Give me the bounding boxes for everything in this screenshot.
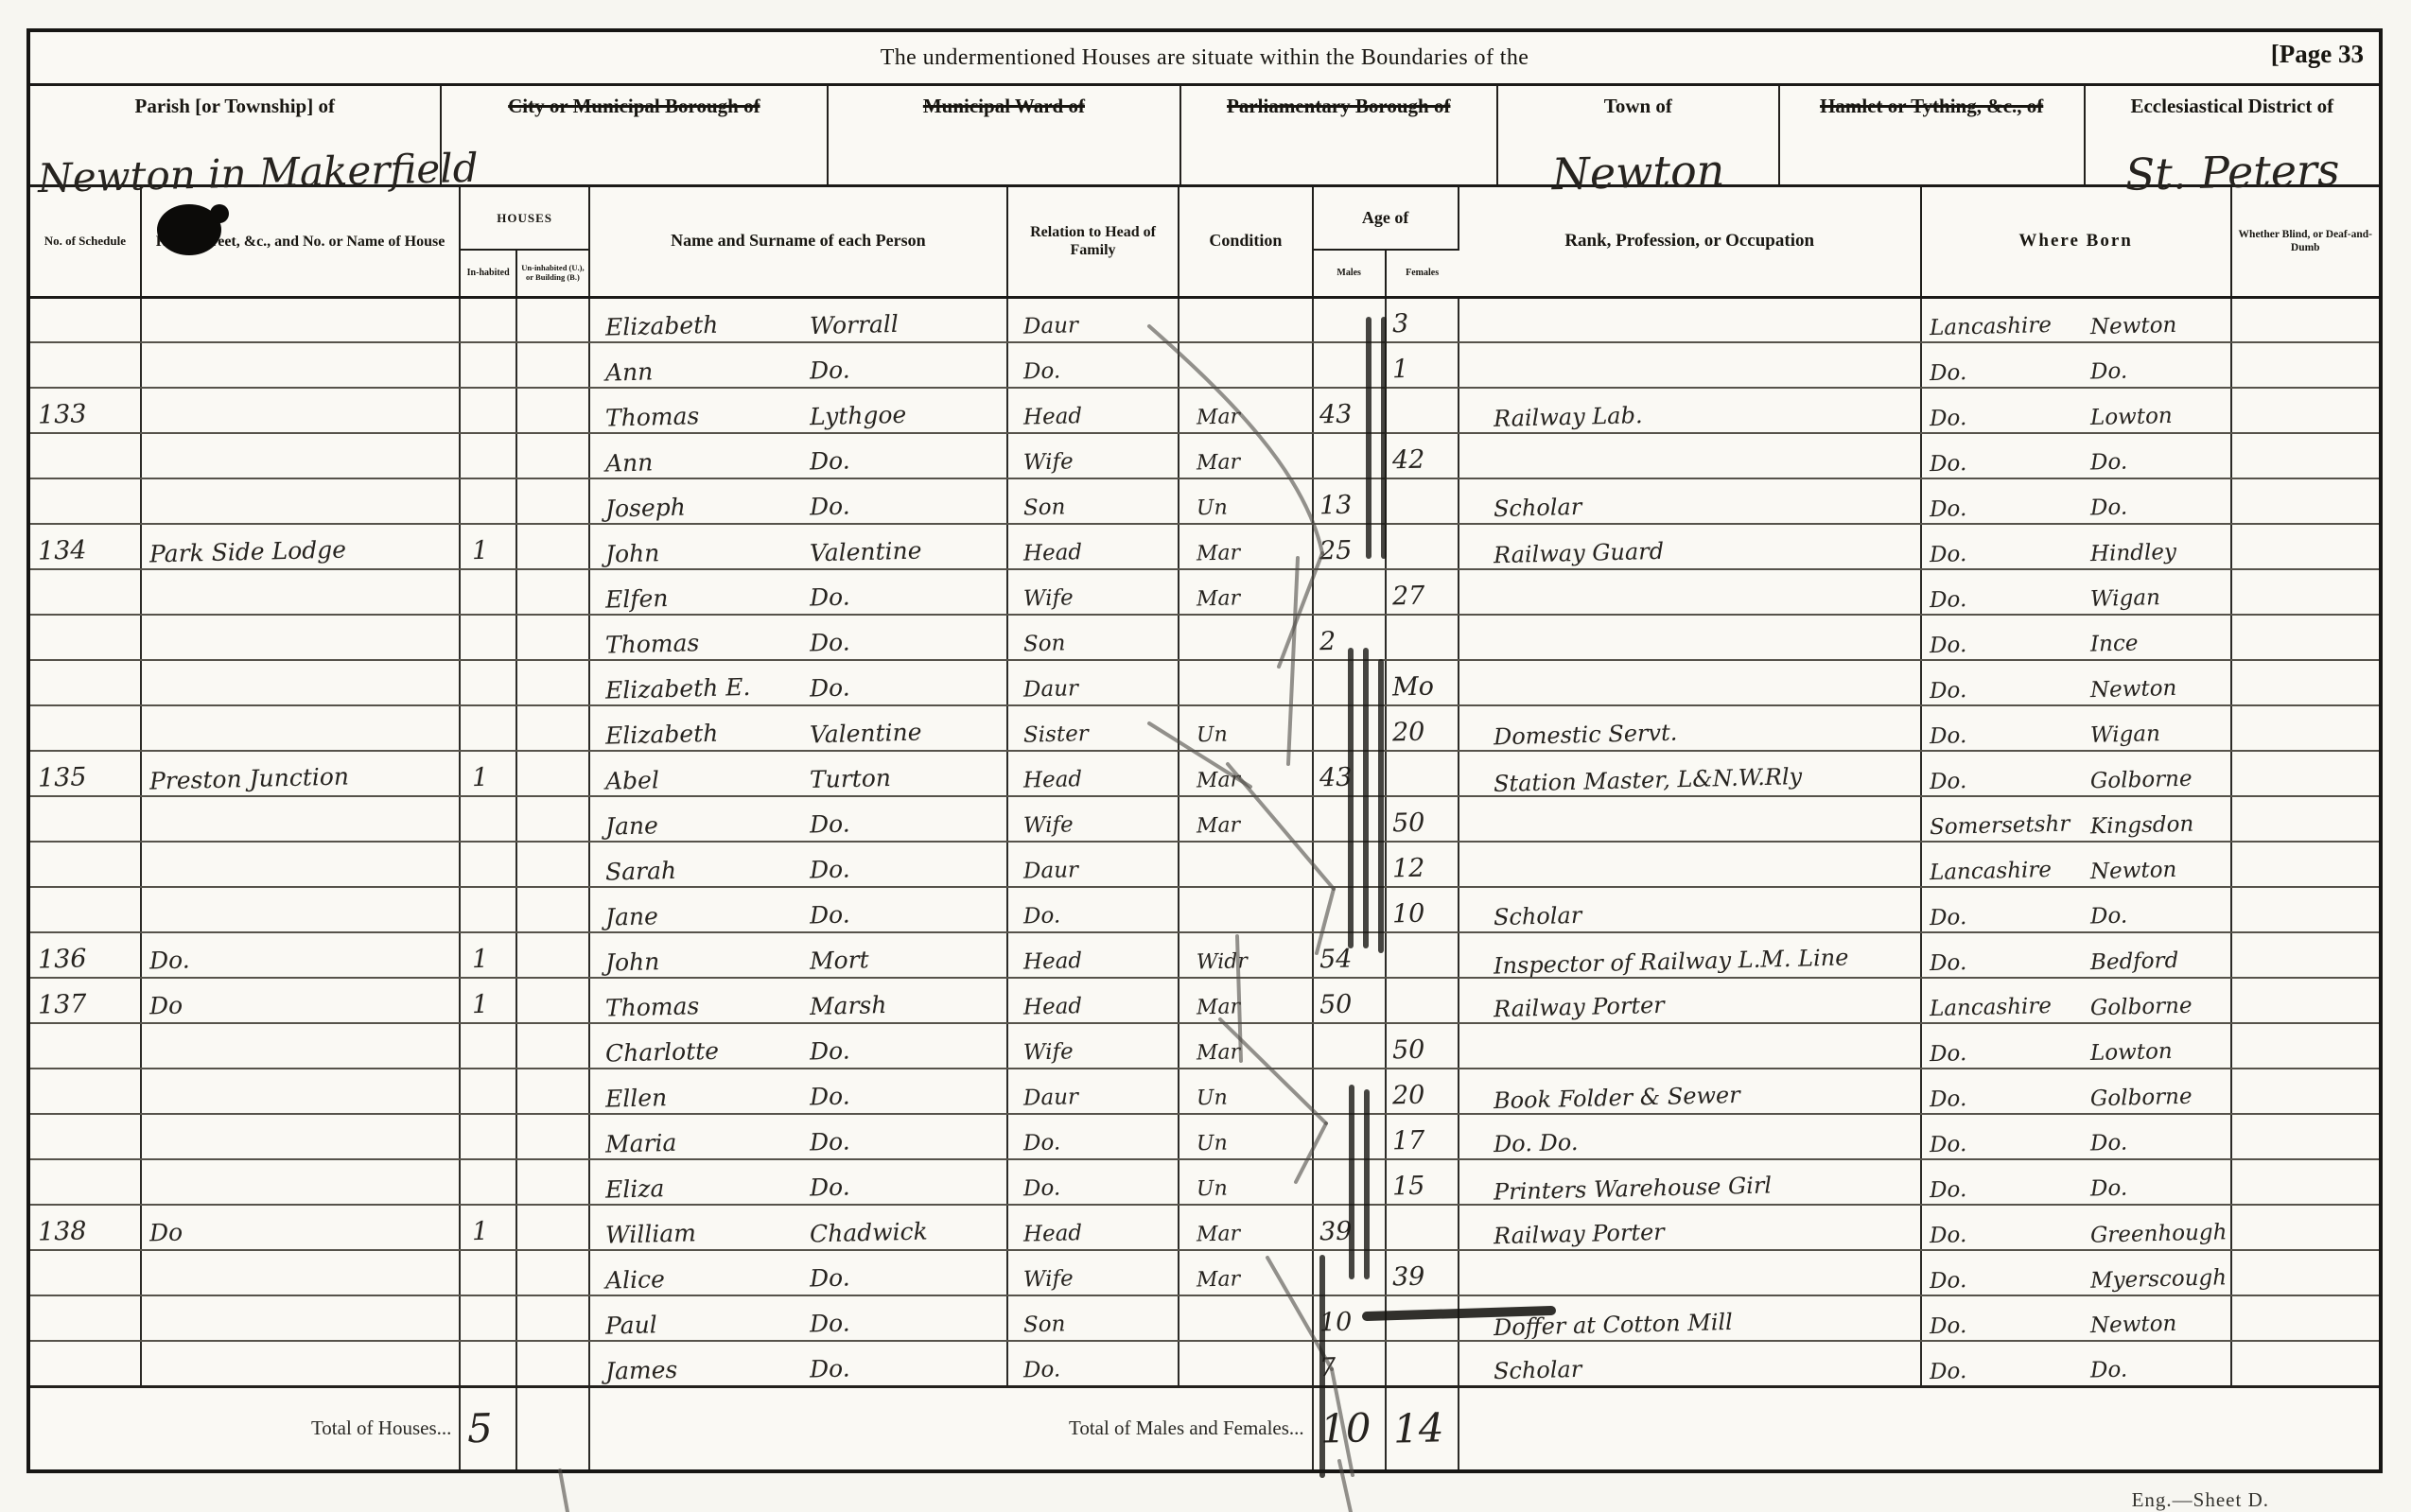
house-cell	[141, 705, 461, 751]
age-female-cell: 50	[1386, 1023, 1459, 1069]
house-cell	[141, 1069, 461, 1114]
table-row: AliceDo. Wife Mar 39 Do.Myerscough	[30, 1250, 2379, 1295]
age-male-cell: 7	[1313, 1341, 1386, 1386]
census-rows: ElizabethWorrall Daur 3 LancashireNewton…	[30, 297, 2379, 1386]
infirmity-cell	[2231, 615, 2379, 660]
relation-cell: Son	[1007, 1295, 1179, 1341]
house-cell	[141, 887, 461, 932]
census-scan-page: The undermentioned Houses are situate wi…	[0, 0, 2411, 1512]
born-cell: Do.Golborne	[1921, 1069, 2231, 1114]
uninhabited-cell	[516, 478, 589, 524]
age-female-cell	[1386, 932, 1459, 978]
age-female-cell	[1386, 524, 1459, 569]
condition-cell: Mar	[1179, 751, 1313, 796]
age-male-cell	[1313, 297, 1386, 342]
hamlet-field: Hamlet or Tything, &c., of	[1780, 86, 2086, 184]
uninhabited-cell	[516, 388, 589, 433]
inhabited-cell	[460, 388, 516, 433]
town-value: Newton	[1497, 147, 1778, 197]
relation-cell: Wife	[1007, 433, 1179, 478]
occupation-cell: Do. Do.	[1459, 1114, 1921, 1159]
table-row: MariaDo. Do. Un 17 Do. Do. Do.Do.	[30, 1114, 2379, 1159]
age-female-cell	[1386, 751, 1459, 796]
name-cell: SarahDo.	[589, 842, 1007, 887]
house-cell: Park Side Lodge	[141, 524, 461, 569]
census-table: No. of Schedule Road, Street, &c., and N…	[30, 187, 2379, 1469]
parish-value: Newton in Makerfield	[30, 149, 440, 200]
schedule-cell: 136	[30, 932, 141, 978]
age-male-cell: 13	[1313, 478, 1386, 524]
condition-cell	[1179, 1341, 1313, 1386]
uninhabited-cell	[516, 433, 589, 478]
relation-cell: Wife	[1007, 569, 1179, 615]
age-male-cell	[1313, 342, 1386, 388]
infirmity-cell	[2231, 660, 2379, 705]
house-cell	[141, 297, 461, 342]
totals-spacer	[516, 1386, 589, 1469]
schedule-cell	[30, 297, 141, 342]
age-male-cell: 10	[1313, 1295, 1386, 1341]
uninhabited-cell	[516, 1114, 589, 1159]
parish-field: Parish [or Township] of Newton in Makerf…	[30, 86, 442, 184]
name-cell: MariaDo.	[589, 1114, 1007, 1159]
infirmity-cell	[2231, 978, 2379, 1023]
condition-cell: Mar	[1179, 978, 1313, 1023]
name-cell: JaneDo.	[589, 887, 1007, 932]
schedule-cell	[30, 615, 141, 660]
totals-empty	[1459, 1386, 2379, 1469]
born-cell: Do.Do.	[1921, 1341, 2231, 1386]
born-cell: Do.Do.	[1921, 1114, 2231, 1159]
inhabited-cell	[460, 1295, 516, 1341]
relation-cell: Daur	[1007, 297, 1179, 342]
relation-cell: Do.	[1007, 1159, 1179, 1205]
age-male-cell	[1313, 1159, 1386, 1205]
schedule-column-header: No. of Schedule	[30, 187, 141, 297]
table-row: JamesDo. Do. 7 Scholar Do.Do.	[30, 1341, 2379, 1386]
schedule-cell	[30, 342, 141, 388]
occupation-cell	[1459, 615, 1921, 660]
house-cell	[141, 1023, 461, 1069]
infirmity-cell	[2231, 932, 2379, 978]
uninhabited-cell	[516, 1159, 589, 1205]
age-female-cell: Mo	[1386, 660, 1459, 705]
table-row: 133 ThomasLythgoe Head Mar 43 Railway La…	[30, 388, 2379, 433]
table-row: ElfenDo. Wife Mar 27 Do.Wigan	[30, 569, 2379, 615]
age-female-cell	[1386, 1341, 1459, 1386]
born-cell: Do.Ince	[1921, 615, 2231, 660]
house-cell: Preston Junction	[141, 751, 461, 796]
name-cell: ElizabethValentine	[589, 705, 1007, 751]
inhabited-cell: 1	[460, 524, 516, 569]
inhabited-cell	[460, 1023, 516, 1069]
uninhabited-cell	[516, 342, 589, 388]
uninhabited-cell	[516, 887, 589, 932]
uninhabited-cell	[516, 842, 589, 887]
name-cell: ElizaDo.	[589, 1159, 1007, 1205]
name-cell: ElfenDo.	[589, 569, 1007, 615]
condition-cell	[1179, 1295, 1313, 1341]
condition-cell: Mar	[1179, 796, 1313, 842]
parliamentary-label: Parliamentary Borough of	[1217, 95, 1459, 118]
schedule-cell	[30, 1114, 141, 1159]
age-male-cell: 50	[1313, 978, 1386, 1023]
infirmity-cell	[2231, 297, 2379, 342]
inhabited-cell	[460, 297, 516, 342]
inhabited-cell	[460, 842, 516, 887]
house-cell	[141, 478, 461, 524]
condition-cell: Widr	[1179, 932, 1313, 978]
name-cell: WilliamChadwick	[589, 1205, 1007, 1250]
infirmity-column-header: Whether Blind, or Deaf-and-Dumb	[2231, 187, 2379, 297]
infirmity-cell	[2231, 1205, 2379, 1250]
schedule-cell	[30, 887, 141, 932]
age-female-cell: 50	[1386, 796, 1459, 842]
name-column-header: Name and Surname of each Person	[589, 187, 1007, 297]
inhabited-cell	[460, 887, 516, 932]
house-cell	[141, 342, 461, 388]
born-cell: Do.Wigan	[1921, 569, 2231, 615]
infirmity-cell	[2231, 1023, 2379, 1069]
born-cell: Do.Bedford	[1921, 932, 2231, 978]
condition-cell: Un	[1179, 1114, 1313, 1159]
inhabited-cell	[460, 342, 516, 388]
born-cell: Do.Do.	[1921, 433, 2231, 478]
inhabited-column-header: In-habited	[460, 250, 516, 297]
occupation-cell: Railway Lab.	[1459, 388, 1921, 433]
inhabited-cell	[460, 1250, 516, 1295]
born-cell: LancashireNewton	[1921, 842, 2231, 887]
age-group-header: Age of	[1313, 187, 1459, 250]
table-row: 137 Do 1 ThomasMarsh Head Mar 50 Railway…	[30, 978, 2379, 1023]
condition-cell: Un	[1179, 1159, 1313, 1205]
condition-cell	[1179, 660, 1313, 705]
occupation-cell: Railway Porter	[1459, 1205, 1921, 1250]
schedule-cell	[30, 1159, 141, 1205]
house-cell	[141, 1341, 461, 1386]
schedule-cell	[30, 705, 141, 751]
name-cell: JaneDo.	[589, 796, 1007, 842]
females-column-header: Females	[1386, 250, 1459, 297]
inhabited-cell	[460, 660, 516, 705]
relation-cell: Wife	[1007, 1250, 1179, 1295]
infirmity-cell	[2231, 569, 2379, 615]
relation-cell: Son	[1007, 478, 1179, 524]
title-band: The undermentioned Houses are situate wi…	[30, 32, 2379, 86]
town-label: Town of	[1595, 95, 1682, 118]
occupation-cell	[1459, 842, 1921, 887]
age-female-cell: 17	[1386, 1114, 1459, 1159]
infirmity-cell	[2231, 887, 2379, 932]
name-cell: ThomasLythgoe	[589, 388, 1007, 433]
house-cell: Do.	[141, 932, 461, 978]
schedule-cell	[30, 1250, 141, 1295]
occupation-cell	[1459, 433, 1921, 478]
age-male-cell	[1313, 1069, 1386, 1114]
relation-cell: Head	[1007, 388, 1179, 433]
occupation-cell	[1459, 297, 1921, 342]
name-cell: CharlotteDo.	[589, 1023, 1007, 1069]
table-row: ElizabethValentine Sister Un 20 Domestic…	[30, 705, 2379, 751]
age-female-cell: 39	[1386, 1250, 1459, 1295]
schedule-cell	[30, 433, 141, 478]
born-cell: Do.Golborne	[1921, 751, 2231, 796]
borough-field: City or Municipal Borough of	[442, 86, 830, 184]
occupation-cell	[1459, 660, 1921, 705]
name-cell: AnnDo.	[589, 433, 1007, 478]
condition-cell	[1179, 297, 1313, 342]
schedule-cell: 133	[30, 388, 141, 433]
table-row: JaneDo. Do. 10 Scholar Do.Do.	[30, 887, 2379, 932]
age-male-cell	[1313, 660, 1386, 705]
house-cell: Do	[141, 1205, 461, 1250]
age-female-cell: 27	[1386, 569, 1459, 615]
infirmity-cell	[2231, 524, 2379, 569]
occupation-cell: Printers Warehouse Girl	[1459, 1159, 1921, 1205]
uninhabited-column-header: Un-inhabited (U.), or Building (B.)	[516, 250, 589, 297]
born-cell: Do.Hindley	[1921, 524, 2231, 569]
relation-cell: Head	[1007, 1205, 1179, 1250]
age-female-cell	[1386, 1295, 1459, 1341]
condition-cell: Mar	[1179, 1205, 1313, 1250]
table-row: AnnDo. Wife Mar 42 Do.Do.	[30, 433, 2379, 478]
house-cell	[141, 615, 461, 660]
relation-column-header: Relation to Head of Family	[1007, 187, 1179, 297]
table-row: JaneDo. Wife Mar 50 SomersetshrKingsdon	[30, 796, 2379, 842]
table-row: EllenDo. Daur Un 20 Book Folder & Sewer …	[30, 1069, 2379, 1114]
born-cell: Do.Wigan	[1921, 705, 2231, 751]
table-row: 136 Do. 1 JohnMort Head Widr 54 Inspecto…	[30, 932, 2379, 978]
totals-band: Total of Houses... 5 Total of Males and …	[30, 1386, 2379, 1469]
ecclesiastical-label: Ecclesiastical District of	[2121, 95, 2343, 118]
schedule-cell: 135	[30, 751, 141, 796]
relation-cell: Daur	[1007, 842, 1179, 887]
age-female-cell: 42	[1386, 433, 1459, 478]
name-cell: JohnValentine	[589, 524, 1007, 569]
table-row: 135 Preston Junction 1 AbelTurton Head M…	[30, 751, 2379, 796]
house-cell	[141, 1114, 461, 1159]
inhabited-cell	[460, 1069, 516, 1114]
table-row: Elizabeth E.Do. Daur Mo Do.Newton	[30, 660, 2379, 705]
condition-cell	[1179, 342, 1313, 388]
condition-cell: Un	[1179, 1069, 1313, 1114]
schedule-cell	[30, 842, 141, 887]
condition-cell: Mar	[1179, 569, 1313, 615]
occupation-cell	[1459, 1023, 1921, 1069]
age-female-cell	[1386, 1205, 1459, 1250]
born-cell: Do.Do.	[1921, 1159, 2231, 1205]
occupation-cell	[1459, 342, 1921, 388]
name-cell: JosephDo.	[589, 478, 1007, 524]
location-header: Parish [or Township] of Newton in Makerf…	[30, 86, 2379, 187]
infirmity-cell	[2231, 1250, 2379, 1295]
houses-group-header: HOUSES	[460, 187, 589, 250]
sheet-footer: Eng.—Sheet D.	[2132, 1488, 2269, 1512]
relation-cell: Sister	[1007, 705, 1179, 751]
uninhabited-cell	[516, 796, 589, 842]
age-male-cell	[1313, 842, 1386, 887]
uninhabited-cell	[516, 1205, 589, 1250]
ecclesiastical-field: Ecclesiastical District of St. Peters	[2086, 86, 2379, 184]
age-female-cell: 1	[1386, 342, 1459, 388]
age-male-cell	[1313, 887, 1386, 932]
relation-cell: Do.	[1007, 1341, 1179, 1386]
occupation-cell	[1459, 1250, 1921, 1295]
relation-cell: Do.	[1007, 1114, 1179, 1159]
name-cell: AnnDo.	[589, 342, 1007, 388]
page-number: [Page 33	[2271, 40, 2364, 69]
born-cell: Do.Do.	[1921, 342, 2231, 388]
ward-field: Municipal Ward of	[829, 86, 1180, 184]
total-houses-value: 5	[460, 1386, 516, 1469]
house-cell	[141, 660, 461, 705]
relation-cell: Wife	[1007, 796, 1179, 842]
born-cell: Do.Newton	[1921, 1295, 2231, 1341]
age-female-cell: 12	[1386, 842, 1459, 887]
house-cell	[141, 388, 461, 433]
infirmity-cell	[2231, 1159, 2379, 1205]
occupation-cell: Doffer at Cotton Mill	[1459, 1295, 1921, 1341]
table-row: ElizabethWorrall Daur 3 LancashireNewton	[30, 297, 2379, 342]
name-cell: ElizabethWorrall	[589, 297, 1007, 342]
column-headers: No. of Schedule Road, Street, &c., and N…	[30, 187, 2379, 297]
age-female-cell: 3	[1386, 297, 1459, 342]
condition-cell: Mar	[1179, 1250, 1313, 1295]
uninhabited-cell	[516, 1069, 589, 1114]
born-cell: Do.Do.	[1921, 887, 2231, 932]
infirmity-cell	[2231, 751, 2379, 796]
born-cell: Do.Newton	[1921, 660, 2231, 705]
table-row: ThomasDo. Son 2 Do.Ince	[30, 615, 2379, 660]
house-column-header: Road, Street, &c., and No. or Name of Ho…	[141, 187, 461, 297]
age-female-cell	[1386, 978, 1459, 1023]
relation-cell: Do.	[1007, 887, 1179, 932]
infirmity-cell	[2231, 842, 2379, 887]
age-male-cell: 54	[1313, 932, 1386, 978]
house-cell	[141, 433, 461, 478]
infirmity-cell	[2231, 796, 2379, 842]
name-cell: Elizabeth E.Do.	[589, 660, 1007, 705]
totals-row: Total of Houses... 5 Total of Males and …	[30, 1386, 2379, 1469]
occupation-cell	[1459, 569, 1921, 615]
age-male-cell	[1313, 1250, 1386, 1295]
inhabited-cell	[460, 1341, 516, 1386]
total-females-value: 14	[1386, 1386, 1459, 1469]
uninhabited-cell	[516, 1250, 589, 1295]
house-cell: Do	[141, 978, 461, 1023]
age-male-cell	[1313, 1114, 1386, 1159]
born-cell: Do.Greenhough	[1921, 1205, 2231, 1250]
schedule-cell	[30, 569, 141, 615]
name-cell: ThomasDo.	[589, 615, 1007, 660]
uninhabited-cell	[516, 297, 589, 342]
house-cell	[141, 1250, 461, 1295]
inhabited-cell	[460, 478, 516, 524]
born-cell: Do.Do.	[1921, 478, 2231, 524]
age-male-cell: 39	[1313, 1205, 1386, 1250]
condition-cell: Mar	[1179, 433, 1313, 478]
condition-cell: Un	[1179, 705, 1313, 751]
relation-cell: Wife	[1007, 1023, 1179, 1069]
pencil-stroke	[560, 1470, 568, 1512]
sheet-title: The undermentioned Houses are situate wi…	[881, 45, 1529, 71]
total-males-value: 10	[1313, 1386, 1386, 1469]
occupation-cell: Book Folder & Sewer	[1459, 1069, 1921, 1114]
schedule-cell	[30, 478, 141, 524]
born-cell: SomersetshrKingsdon	[1921, 796, 2231, 842]
age-female-cell	[1386, 478, 1459, 524]
born-cell: LancashireNewton	[1921, 297, 2231, 342]
inhabited-cell: 1	[460, 932, 516, 978]
uninhabited-cell	[516, 1295, 589, 1341]
age-female-cell: 20	[1386, 705, 1459, 751]
parish-label: Parish [or Township] of	[126, 95, 344, 118]
age-male-cell	[1313, 1023, 1386, 1069]
infirmity-cell	[2231, 433, 2379, 478]
condition-cell: Mar	[1179, 388, 1313, 433]
born-cell: Do.Lowton	[1921, 388, 2231, 433]
schedule-cell: 138	[30, 1205, 141, 1250]
infirmity-cell	[2231, 388, 2379, 433]
relation-cell: Head	[1007, 978, 1179, 1023]
age-female-cell	[1386, 388, 1459, 433]
ecclesiastical-value: St. Peters	[2085, 147, 2379, 198]
uninhabited-cell	[516, 569, 589, 615]
age-female-cell: 10	[1386, 887, 1459, 932]
born-cell: LancashireGolborne	[1921, 978, 2231, 1023]
uninhabited-cell	[516, 1341, 589, 1386]
infirmity-cell	[2231, 705, 2379, 751]
relation-cell: Daur	[1007, 1069, 1179, 1114]
age-female-cell	[1386, 615, 1459, 660]
schedule-cell: 134	[30, 524, 141, 569]
age-male-cell: 43	[1313, 388, 1386, 433]
total-males-females-label: Total of Males and Females...	[589, 1386, 1313, 1469]
infirmity-cell	[2231, 1114, 2379, 1159]
inhabited-cell	[460, 1159, 516, 1205]
uninhabited-cell	[516, 1023, 589, 1069]
condition-cell	[1179, 887, 1313, 932]
infirmity-cell	[2231, 1295, 2379, 1341]
schedule-cell	[30, 1295, 141, 1341]
uninhabited-cell	[516, 932, 589, 978]
relation-cell: Head	[1007, 751, 1179, 796]
occupation-column-header: Rank, Profession, or Occupation	[1459, 187, 1921, 297]
born-column-header: Where Born	[1921, 187, 2231, 297]
schedule-cell	[30, 1023, 141, 1069]
uninhabited-cell	[516, 978, 589, 1023]
infirmity-cell	[2231, 342, 2379, 388]
born-cell: Do.Lowton	[1921, 1023, 2231, 1069]
table-row: ElizaDo. Do. Un 15 Printers Warehouse Gi…	[30, 1159, 2379, 1205]
relation-cell: Son	[1007, 615, 1179, 660]
occupation-cell: Domestic Servt.	[1459, 705, 1921, 751]
inhabited-cell	[460, 705, 516, 751]
name-cell: PaulDo.	[589, 1295, 1007, 1341]
inhabited-cell	[460, 796, 516, 842]
name-cell: EllenDo.	[589, 1069, 1007, 1114]
table-row: SarahDo. Daur 12 LancashireNewton	[30, 842, 2379, 887]
schedule-cell	[30, 1341, 141, 1386]
occupation-cell: Scholar	[1459, 1341, 1921, 1386]
census-sheet: The undermentioned Houses are situate wi…	[26, 28, 2383, 1473]
males-column-header: Males	[1313, 250, 1386, 297]
schedule-cell	[30, 1069, 141, 1114]
age-male-cell	[1313, 796, 1386, 842]
age-male-cell: 43	[1313, 751, 1386, 796]
occupation-cell: Scholar	[1459, 887, 1921, 932]
infirmity-cell	[2231, 1069, 2379, 1114]
